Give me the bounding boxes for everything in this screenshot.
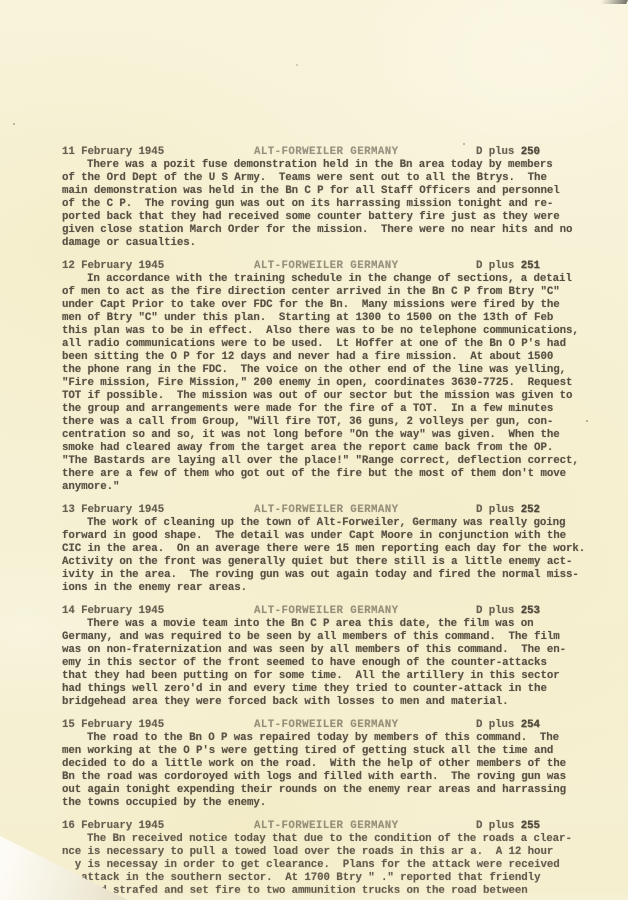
dplus-value: 251: [521, 260, 540, 272]
dplus-value: 253: [521, 605, 540, 617]
journal-entry-13-feb: 13 February 1945 ALT-FORWEILER GERMANY D…: [62, 504, 602, 595]
entry-header: 16 February 1945 ALT-FORWEILER GERMANY D…: [62, 820, 602, 833]
entry-header: 15 February 1945 ALT-FORWEILER GERMANY D…: [62, 719, 602, 732]
entry-body: The work of cleaning up the town of Alt-…: [62, 517, 602, 595]
entry-date: 16 February 1945: [62, 820, 254, 833]
entry-body: There was a movie team into the Bn C P a…: [62, 618, 602, 709]
entry-date: 13 February 1945: [62, 504, 254, 517]
entry-header: 14 February 1945 ALT-FORWEILER GERMANY D…: [62, 605, 602, 618]
paper-speck: [296, 64, 298, 66]
dplus-label: D plus: [476, 260, 514, 272]
entry-body: The Bn received notice today that due to…: [62, 833, 602, 898]
entry-header: 12 February 1945 ALT-FORWEILER GERMANY D…: [62, 260, 602, 273]
entry-location: ALT-FORWEILER GERMANY: [254, 719, 476, 732]
paper-speck: [463, 143, 465, 145]
entry-header: 11 February 1945 ALT-FORWEILER GERMANY D…: [62, 146, 602, 159]
entry-location: ALT-FORWEILER GERMANY: [254, 260, 476, 273]
entry-dplus: D plus 252: [476, 504, 602, 517]
entry-body: In accordance with the training schedule…: [62, 273, 602, 494]
journal-entry-11-feb: 11 February 1945 ALT-FORWEILER GERMANY D…: [62, 146, 602, 250]
torn-edge-mark: [600, 0, 628, 4]
dplus-label: D plus: [476, 605, 514, 617]
dplus-value: 250: [521, 146, 540, 158]
entry-date: 11 February 1945: [62, 146, 254, 159]
journal-entry-12-feb: 12 February 1945 ALT-FORWEILER GERMANY D…: [62, 260, 602, 494]
typewritten-content: 11 February 1945 ALT-FORWEILER GERMANY D…: [62, 146, 602, 898]
journal-entry-15-feb: 15 February 1945 ALT-FORWEILER GERMANY D…: [62, 719, 602, 810]
entry-header: 13 February 1945 ALT-FORWEILER GERMANY D…: [62, 504, 602, 517]
journal-entry-16-feb: 16 February 1945 ALT-FORWEILER GERMANY D…: [62, 820, 602, 898]
entry-dplus: D plus 251: [476, 260, 602, 273]
entry-location: ALT-FORWEILER GERMANY: [254, 146, 476, 159]
entry-date: 14 February 1945: [62, 605, 254, 618]
dplus-value: 255: [521, 820, 540, 832]
entry-dplus: D plus 255: [476, 820, 602, 833]
dplus-value: 252: [521, 504, 540, 516]
paper-speck: [586, 420, 588, 422]
entry-dplus: D plus 253: [476, 605, 602, 618]
entry-body: There was a pozit fuse demonstration hel…: [62, 159, 602, 250]
entry-location: ALT-FORWEILER GERMANY: [254, 820, 476, 833]
dplus-label: D plus: [476, 719, 514, 731]
paper-speck: [13, 123, 15, 125]
journal-page-scan: 11 February 1945 ALT-FORWEILER GERMANY D…: [0, 0, 628, 900]
entry-body: The road to the Bn O P was repaired toda…: [62, 732, 602, 810]
entry-location: ALT-FORWEILER GERMANY: [254, 605, 476, 618]
entry-date: 12 February 1945: [62, 260, 254, 273]
entry-dplus: D plus 250: [476, 146, 602, 159]
entry-dplus: D plus 254: [476, 719, 602, 732]
dplus-label: D plus: [476, 504, 514, 516]
dplus-value: 254: [521, 719, 540, 731]
entry-date: 15 February 1945: [62, 719, 254, 732]
dplus-label: D plus: [476, 820, 514, 832]
entry-location: ALT-FORWEILER GERMANY: [254, 504, 476, 517]
dplus-label: D plus: [476, 146, 514, 158]
journal-entry-14-feb: 14 February 1945 ALT-FORWEILER GERMANY D…: [62, 605, 602, 709]
